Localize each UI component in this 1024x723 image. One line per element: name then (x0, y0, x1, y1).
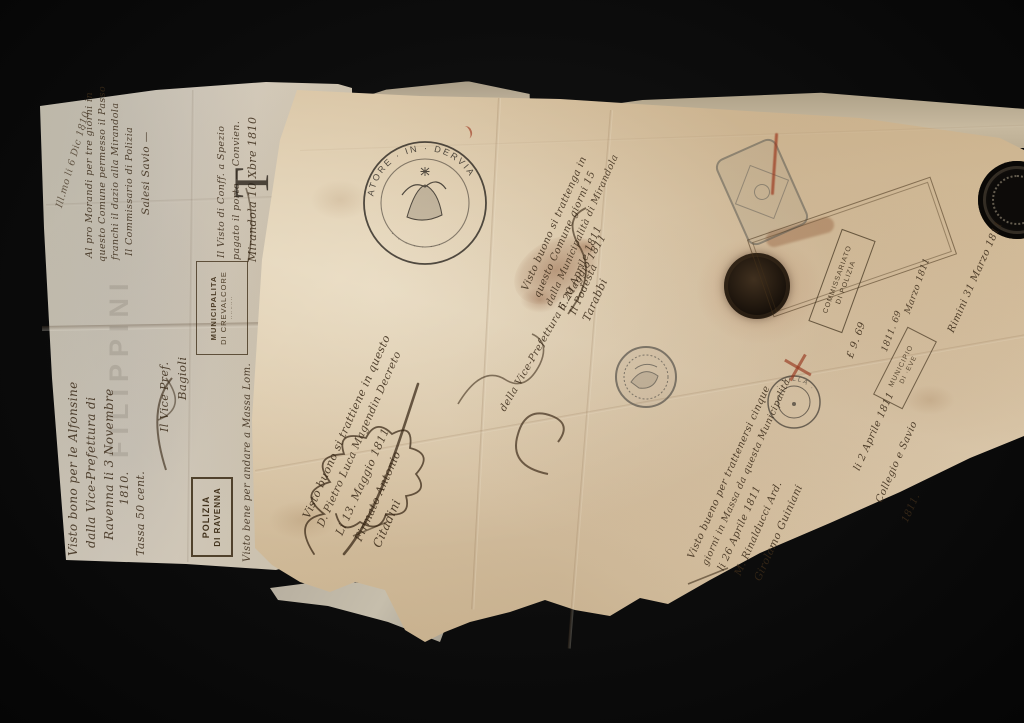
document-right (248, 84, 1024, 664)
photograph-of-historical-documents: FILIPPINI Ill.mo li 6 Dic 1810 Al pro Mo… (0, 0, 1024, 723)
handwriting-line: 1811. (900, 492, 923, 524)
